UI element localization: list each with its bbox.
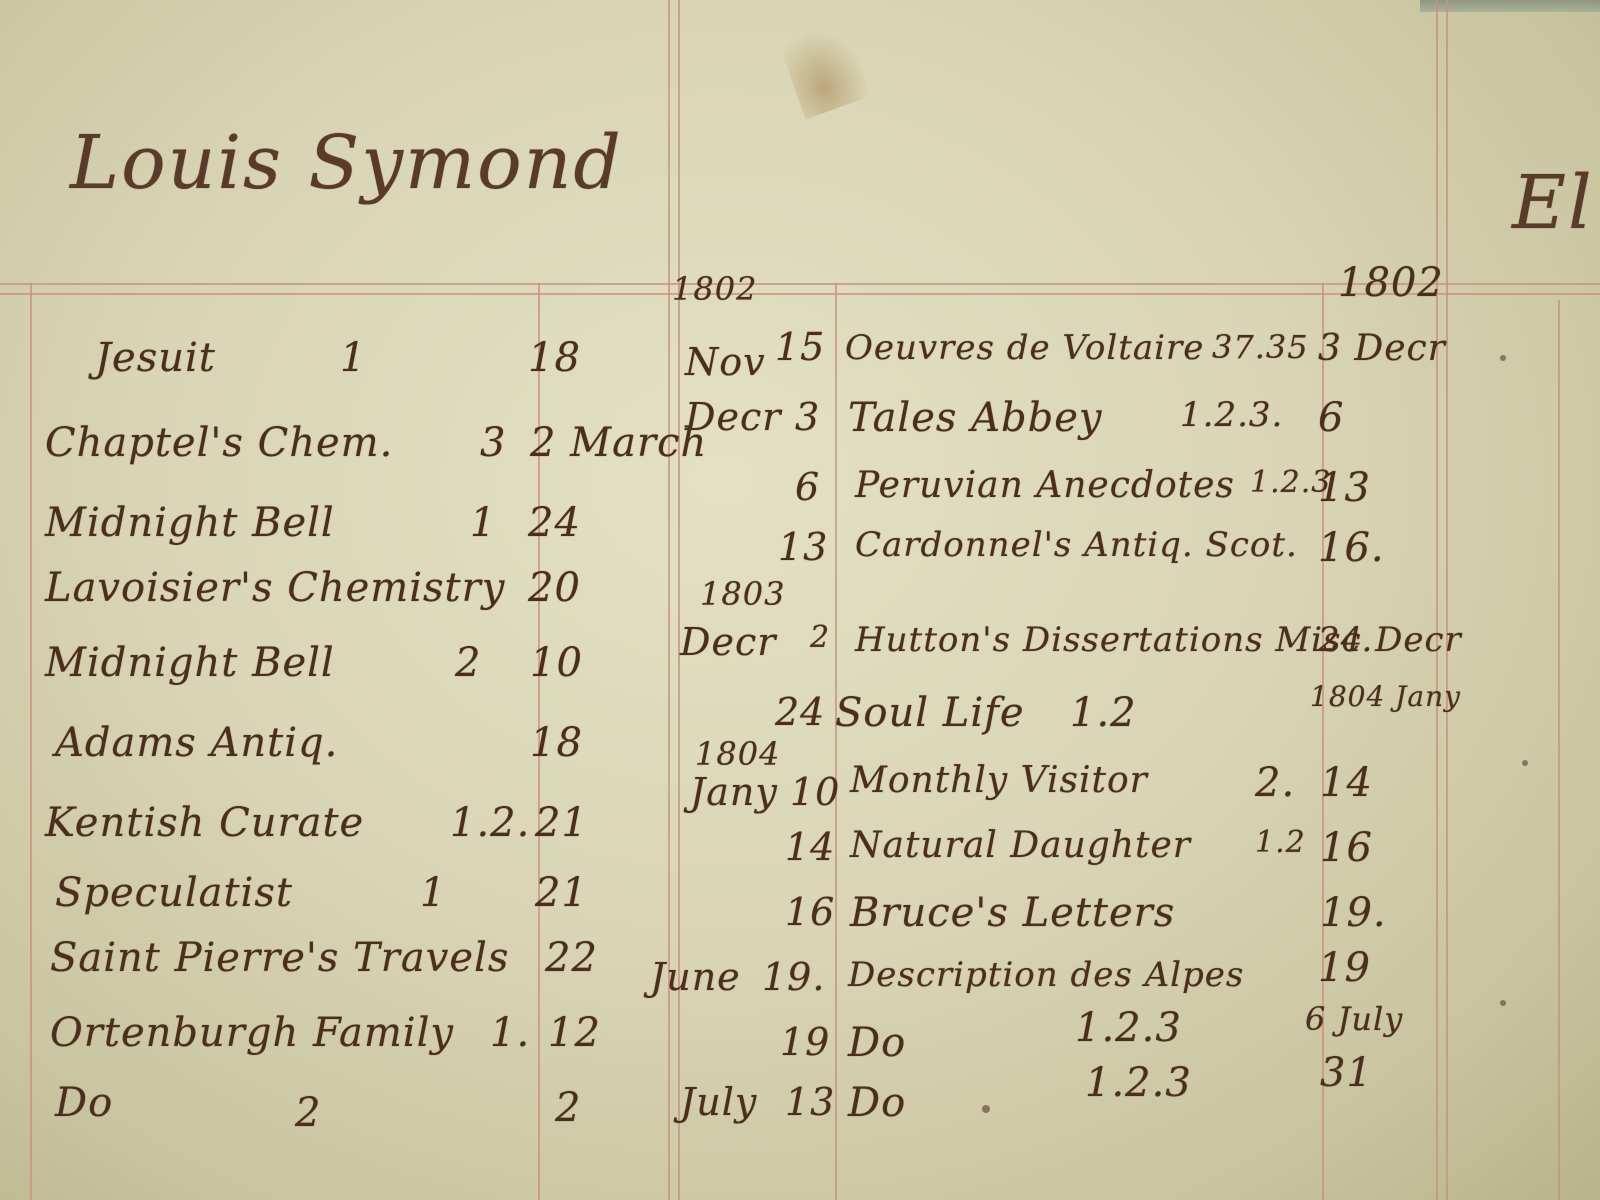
entry-volumes: 1.2.3 — [1075, 1005, 1182, 1051]
entry-day: 3 — [795, 395, 820, 439]
entry-month: Jany — [690, 770, 778, 814]
column-rule — [678, 0, 680, 1200]
entry-title: Bruce's Letters — [850, 890, 1175, 936]
entry-year: 1804 — [695, 735, 780, 773]
entry-title: Midnight Bell — [45, 500, 335, 546]
entry-day: 20 — [528, 565, 581, 611]
entry-month: June — [650, 955, 741, 999]
entry-day: 24 — [775, 690, 825, 734]
entry-day: 19. — [762, 955, 825, 999]
entry-volumes: 1. — [490, 1010, 530, 1056]
entry-returned: 1804 Jany — [1310, 680, 1461, 713]
year-header: 1802 — [672, 270, 757, 308]
entry-day: 16 — [785, 890, 835, 934]
entry-volumes: 37.35 — [1212, 328, 1309, 366]
column-rule — [835, 283, 837, 1200]
entry-day: 14 — [785, 825, 835, 869]
ledger-page: Louis Symond El 1802 1802 Jesuit 1 18 Ch… — [0, 0, 1600, 1200]
entry-returned: 16 — [1320, 825, 1373, 871]
entry-title: Soul Life — [835, 690, 1025, 736]
entry-day: 19 — [780, 1020, 830, 1064]
entry-day: 18 — [530, 720, 583, 766]
entry-volumes: 1.2 — [1070, 690, 1137, 736]
ink-spot — [982, 1105, 990, 1113]
account-name: Louis Symond — [70, 120, 623, 206]
entry-returned: 16. — [1318, 525, 1385, 571]
entry-title: Do — [848, 1080, 906, 1126]
ink-spot — [1522, 760, 1528, 766]
entry-title: Tales Abbey — [848, 395, 1103, 441]
entry-day: 10 — [530, 640, 583, 686]
entry-title: Jesuit — [95, 335, 216, 381]
paper-stain — [778, 20, 871, 119]
entry-title: Description des Alpes — [848, 955, 1244, 995]
entry-day: 2 — [810, 620, 830, 655]
entry-title: Natural Daughter — [850, 825, 1191, 866]
entry-title: Monthly Visitor — [850, 760, 1148, 801]
entry-title: Kentish Curate — [45, 800, 364, 846]
next-account-fragment: El — [1512, 160, 1594, 246]
entry-returned: 6 — [1318, 395, 1344, 441]
entry-volumes: 1.2 — [1255, 825, 1306, 860]
column-rule — [30, 283, 32, 1200]
entry-returned: 31 — [1320, 1050, 1373, 1096]
entry-month: Decr — [685, 395, 781, 439]
entry-day: 10 — [790, 770, 840, 814]
entry-volumes: 1 — [340, 335, 366, 381]
entry-month: July — [680, 1080, 757, 1124]
entry-day: 12 — [548, 1010, 601, 1056]
entry-day: 2 — [555, 1085, 581, 1131]
entry-volumes: 2 — [295, 1090, 321, 1136]
entry-title: Oeuvres de Voltaire — [845, 328, 1204, 368]
entry-volumes: 2. — [1255, 760, 1295, 806]
entry-title: Lavoisier's Chemistry — [45, 565, 505, 611]
column-rule — [1558, 300, 1560, 1200]
entry-day: 13 — [778, 525, 828, 569]
entry-title: Peruvian Anecdotes — [855, 465, 1235, 506]
column-rule — [668, 0, 670, 1200]
entry-title: Midnight Bell — [45, 640, 335, 686]
entry-month: Decr — [680, 620, 776, 664]
entry-returned: 24 Decr — [1318, 620, 1462, 660]
entry-volumes: 2 — [455, 640, 481, 686]
entry-title: Ortenburgh Family — [50, 1010, 454, 1056]
entry-day: 2 March — [530, 420, 707, 466]
entry-day: 15 — [775, 325, 825, 369]
column-rule — [1436, 0, 1438, 1200]
entry-title: Saint Pierre's Travels — [50, 935, 509, 981]
entry-title: Speculatist — [55, 870, 293, 916]
ink-spot — [1500, 355, 1506, 361]
entry-day: 18 — [528, 335, 581, 381]
entry-day: 13 — [785, 1080, 835, 1124]
ink-spot — [1500, 1000, 1506, 1006]
entry-returned: 19. — [1320, 890, 1387, 936]
column-rule — [1446, 0, 1448, 1200]
entry-volumes: 1 — [470, 500, 496, 546]
entry-returned: 13 — [1318, 465, 1371, 511]
entry-day: 21 — [535, 870, 588, 916]
entry-returned: 3 Decr — [1318, 328, 1446, 369]
entry-day: 6 — [795, 465, 820, 509]
entry-volumes: 1.2. — [450, 800, 530, 846]
entry-volumes: 1 — [420, 870, 446, 916]
year-header: 1802 — [1338, 260, 1444, 306]
entry-month: Nov — [685, 340, 766, 384]
entry-title: Do — [848, 1020, 906, 1066]
entry-title: Cardonnel's Antiq. Scot. — [855, 525, 1298, 565]
entry-returned: 14 — [1320, 760, 1373, 806]
entry-volumes: 1.2.3. — [1180, 395, 1283, 435]
entry-title: Adams Antiq. — [55, 720, 338, 766]
entry-returned: 6 July — [1305, 1000, 1403, 1038]
entry-day: 21 — [535, 800, 588, 846]
entry-volumes: 1.2.3 — [1085, 1060, 1192, 1106]
entry-returned: 19 — [1318, 945, 1371, 991]
entry-volumes: 3 — [480, 420, 506, 466]
entry-year: 1803 — [700, 575, 785, 613]
entry-title: Do — [55, 1080, 113, 1126]
entry-title: Hutton's Dissertations Misc. — [855, 620, 1373, 660]
entry-day: 22 — [545, 935, 598, 981]
entry-title: Chaptel's Chem. — [45, 420, 393, 466]
entry-day: 24 — [528, 500, 581, 546]
